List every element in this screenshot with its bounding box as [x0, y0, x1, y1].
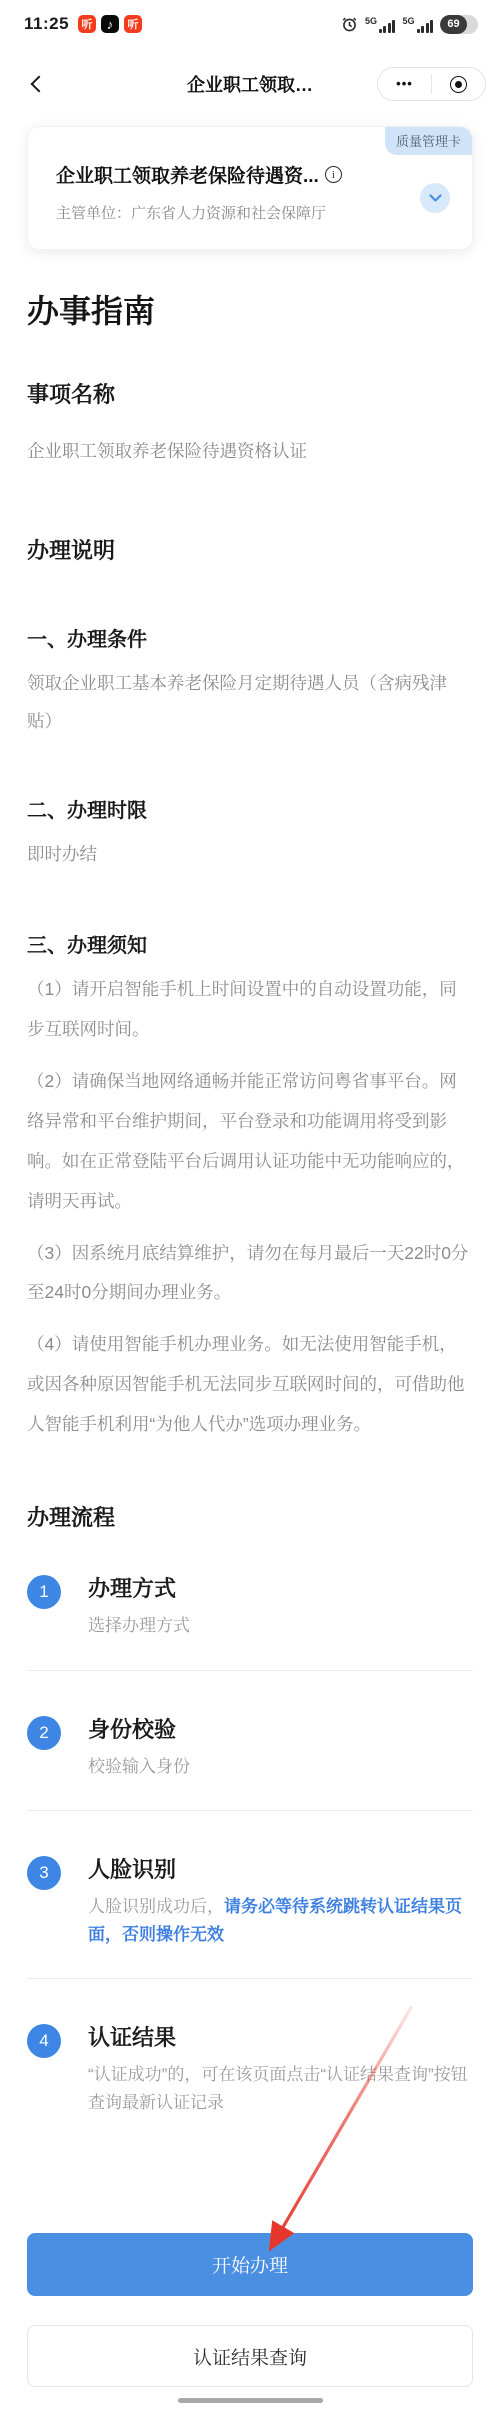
footer-actions: 开始办理 认证结果查询 [0, 2233, 500, 2387]
status-bar: 11:25 听 ♪ 听 5G 5G 69 [0, 0, 500, 42]
status-right-cluster: 5G 5G 69 [341, 15, 478, 34]
notice-paragraph: （4）请使用智能手机办理业务。如无法使用智能手机，或因各种原因智能手机无法同步互… [27, 1325, 473, 1445]
step-2: 2 身份校验 校验输入身份 [0, 1713, 500, 1781]
close-circle-icon [450, 76, 467, 93]
notice-paragraph: （3）因系统月底结算维护，请勿在每月最后一天22时0分至24时0分期间办理业务。 [27, 1234, 473, 1314]
step-divider [27, 1670, 473, 1671]
battery-icon: 69 [440, 15, 478, 34]
step-number-badge: 4 [27, 2024, 61, 2058]
step-3: 3 人脸识别 人脸识别成功后，请务必等待系统跳转认证结果页面，否则操作无效 [0, 1853, 500, 1948]
page-title: 办事指南 [27, 286, 473, 332]
step-title: 身份校验 [88, 1713, 190, 1744]
notice-paragraph: （2）请确保当地网络通畅并能正常访问粤省事平台。网络异常和平台维护期间，平台登录… [27, 1062, 473, 1222]
step-title: 办理方式 [88, 1572, 190, 1603]
time-limit-body: 即时办结 [27, 835, 473, 873]
service-card[interactable]: 质量管理卡 企业职工领取养老保险待遇资... i 主管单位：广东省人力资源和社会… [27, 126, 473, 250]
more-menu-button[interactable]: ••• [378, 67, 431, 101]
notice-paragraph: （1）请开启智能手机上时间设置中的自动设置功能，同步互联网时间。 [27, 970, 473, 1050]
section-process-heading: 办理流程 [27, 1501, 473, 1532]
time-limit-heading: 二、办理时限 [27, 794, 473, 823]
signal-5g-icon: 5G [365, 16, 396, 33]
mini-program-page: { "status_bar": { "time": "11:25", "app_… [0, 0, 500, 2411]
service-card-subtitle: 主管单位：广东省人力资源和社会保障厅 [56, 202, 444, 223]
home-indicator-bar [178, 2398, 323, 2403]
battery-percent: 69 [440, 15, 467, 34]
result-query-button[interactable]: 认证结果查询 [27, 2325, 473, 2387]
signal-5g-icon-2: 5G [402, 16, 433, 33]
close-miniprogram-button[interactable] [432, 76, 485, 93]
step-1: 1 办理方式 选择办理方式 [0, 1572, 500, 1640]
quality-badge: 质量管理卡 [385, 127, 472, 155]
info-icon[interactable]: i [325, 166, 342, 183]
step-desc: 选择办理方式 [88, 1612, 190, 1640]
section-explain-heading: 办理说明 [27, 534, 473, 565]
step-number-badge: 1 [27, 1575, 61, 1609]
step-divider [27, 1810, 473, 1811]
guide-content: 办事指南 事项名称 企业职工领取养老保险待遇资格认证 办理说明 一、办理条件 领… [0, 286, 500, 1532]
start-processing-button[interactable]: 开始办理 [27, 2233, 473, 2296]
step-divider [27, 1978, 473, 1979]
notice-heading: 三、办理须知 [27, 929, 473, 958]
section-item-name-heading: 事项名称 [27, 378, 473, 409]
back-button[interactable] [20, 67, 54, 101]
more-dots-icon: ••• [396, 67, 413, 101]
hongguo-app-icon: 听 [78, 15, 96, 33]
alarm-clock-icon [341, 16, 358, 33]
nav-bar: 企业职工领取… ••• [0, 42, 500, 126]
process-steps: 1 办理方式 选择办理方式 2 身份校验 校验输入身份 3 人脸识别 人脸识别成… [0, 1572, 500, 2116]
back-chevron-icon [31, 76, 48, 93]
step-desc: 校验输入身份 [88, 1753, 190, 1781]
step-number-badge: 3 [27, 1856, 61, 1890]
condition-body: 领取企业职工基本养老保险月定期待遇人员（含病残津贴） [27, 664, 473, 740]
step-number-badge: 2 [27, 1716, 61, 1750]
item-name-value: 企业职工领取养老保险待遇资格认证 [27, 433, 473, 470]
step-title: 人脸识别 [88, 1853, 473, 1884]
miniprogram-capsule: ••• [377, 67, 486, 101]
hongguo-app-icon: 听 [124, 15, 142, 33]
step-4: 4 认证结果 “认证成功”的，可在该页面点击“认证结果查询”按钮查询最新认证记录 [0, 2021, 500, 2116]
notification-icons: 听 ♪ 听 [78, 15, 142, 33]
status-time: 11:25 [24, 14, 69, 34]
step-title: 认证结果 [88, 2021, 473, 2052]
service-card-title: 企业职工领取养老保险待遇资... [56, 161, 319, 188]
step-desc: “认证成功”的，可在该页面点击“认证结果查询”按钮查询最新认证记录 [88, 2061, 473, 2116]
condition-heading: 一、办理条件 [27, 623, 473, 652]
chevron-down-icon [429, 194, 442, 203]
expand-card-button[interactable] [420, 183, 450, 213]
douyin-app-icon: ♪ [101, 15, 119, 33]
step-desc: 人脸识别成功后，请务必等待系统跳转认证结果页面，否则操作无效 [88, 1893, 473, 1948]
